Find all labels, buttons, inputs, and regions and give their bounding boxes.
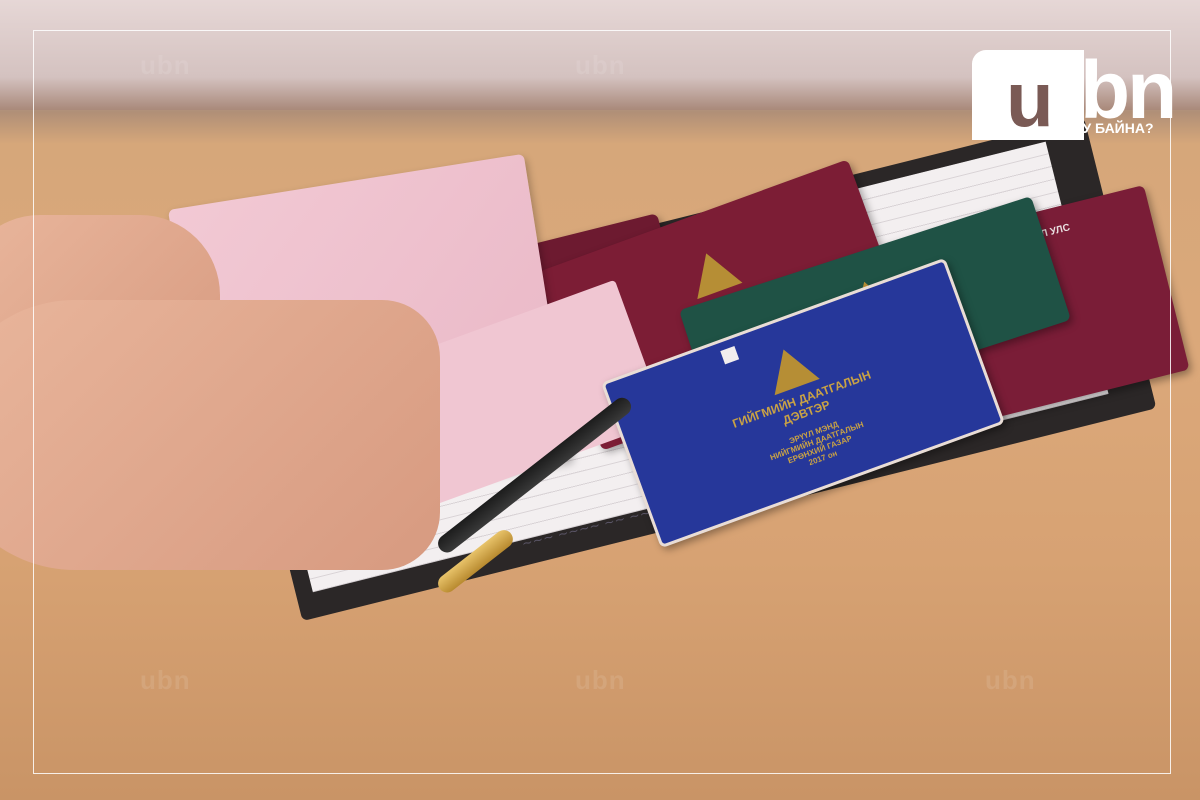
watermark: ubn: [985, 665, 1036, 696]
logo-mark-bn: bn: [1080, 54, 1174, 128]
photo-scene: ubn ubn ubn ubn ubn ubn ~~~ ~~ ~~~~ ~~~ …: [0, 0, 1200, 800]
watermark: ubn: [140, 665, 191, 696]
name-label: [720, 346, 738, 364]
logo-tagline: ЮУ БАЙНА?: [1068, 120, 1154, 136]
right-hand: [0, 300, 440, 570]
logo-mark-u: u: [1006, 68, 1052, 130]
watermark: ubn: [575, 50, 626, 81]
ubn-logo: u bn ЮУ БАЙНА?: [972, 50, 1162, 142]
watermark: ubn: [140, 50, 191, 81]
watermark: ubn: [575, 665, 626, 696]
